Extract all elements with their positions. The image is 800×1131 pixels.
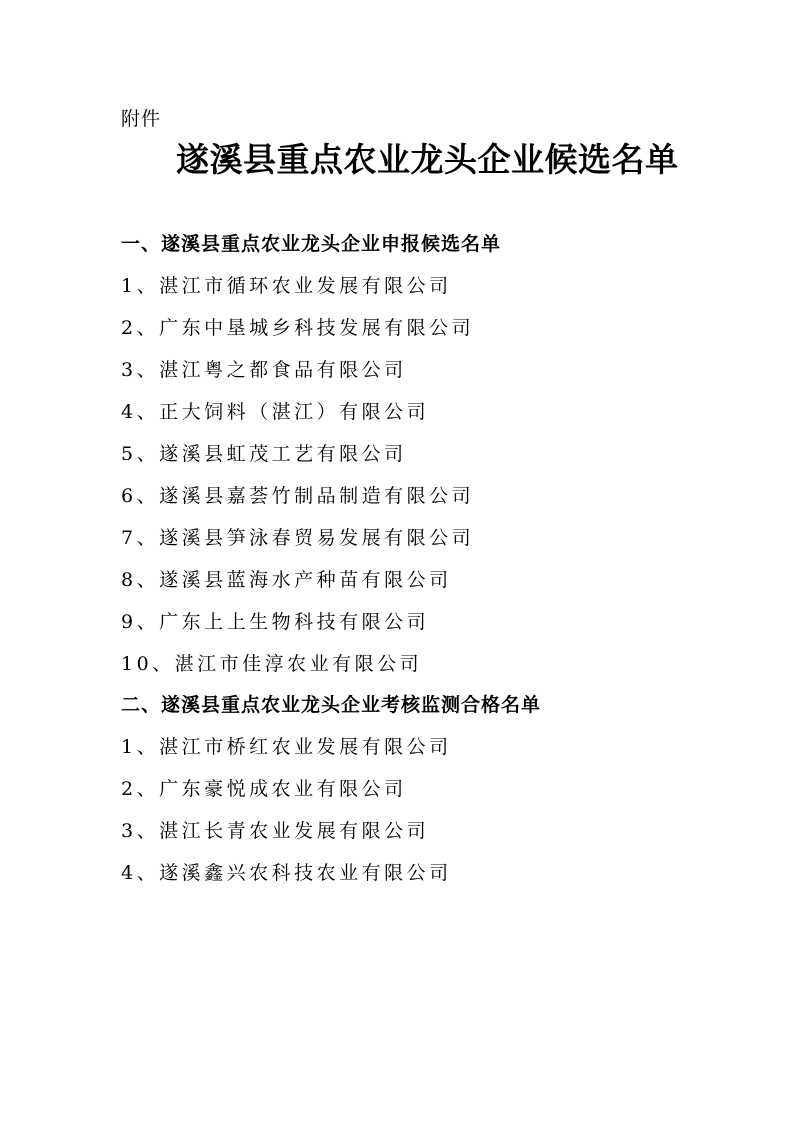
list-item: 3、湛江长青农业发展有限公司	[121, 819, 429, 843]
document-title: 遂溪县重点农业龙头企业候选名单	[176, 140, 679, 180]
list-item: 1、湛江市桥红农业发展有限公司	[121, 735, 452, 759]
list-item: 5、遂溪县虹茂工艺有限公司	[121, 442, 407, 466]
attachment-label: 附件	[121, 107, 161, 131]
list-item: 10、湛江市佳淳农业有限公司	[121, 652, 422, 676]
list-item: 9、广东上上生物科技有限公司	[121, 610, 429, 634]
list-item: 8、遂溪县蓝海水产种苗有限公司	[121, 568, 452, 592]
list-item: 4、正大饲料（湛江）有限公司	[121, 400, 429, 424]
list-item: 2、广东中垦城乡科技发展有限公司	[121, 316, 474, 340]
section-heading-qualified: 二、遂溪县重点农业龙头企业考核监测合格名单	[121, 693, 541, 717]
list-item: 3、湛江粤之都食品有限公司	[121, 358, 407, 382]
section-heading-candidates: 一、遂溪县重点农业龙头企业申报候选名单	[121, 232, 501, 256]
list-item: 4、遂溪鑫兴农科技农业有限公司	[121, 861, 452, 885]
list-item: 2、广东豪悦成农业有限公司	[121, 777, 407, 801]
list-item: 1、湛江市循环农业发展有限公司	[121, 274, 452, 298]
document-page: 附件 遂溪县重点农业龙头企业候选名单 一、遂溪县重点农业龙头企业申报候选名单 1…	[0, 0, 800, 1131]
list-item: 6、遂溪县嘉荟竹制品制造有限公司	[121, 484, 474, 508]
list-item: 7、遂溪县笋泳春贸易发展有限公司	[121, 526, 474, 550]
